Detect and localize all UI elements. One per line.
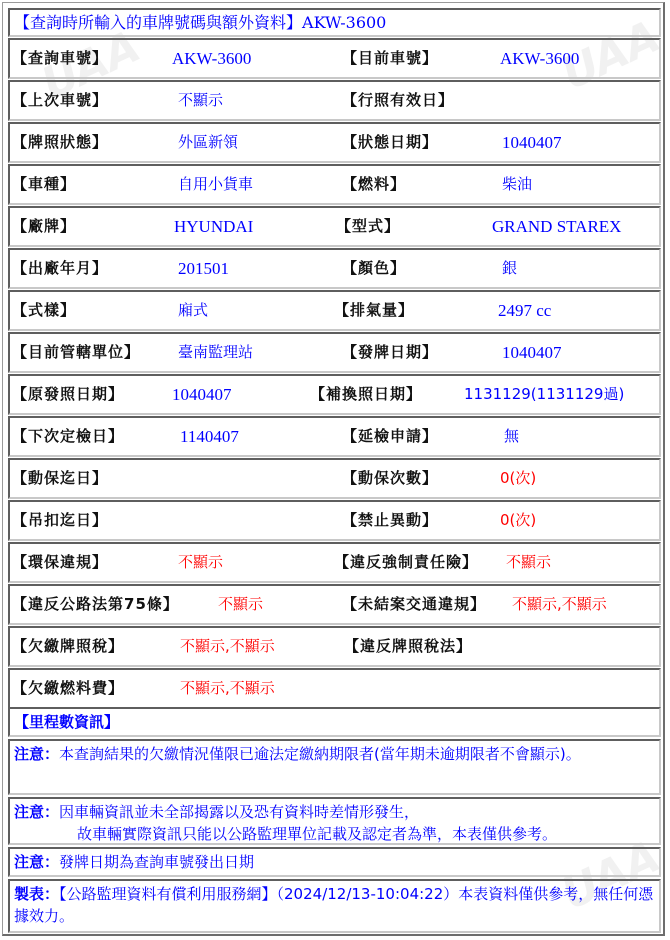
note-disclaimer: 注意：因車輛資訊並未全部揭露以及恐有資料時差情形發生， 故車輛實際資訊只能以公路… bbox=[8, 797, 661, 845]
field-label: 【吊扣迄日】 bbox=[12, 502, 108, 539]
field-label: 【欠繳牌照稅】 bbox=[12, 628, 124, 665]
info-row: 【上次車號】不顯示【行照有效日】 bbox=[8, 80, 661, 121]
field-label: 【目前管轄單位】 bbox=[12, 334, 140, 371]
info-row: 【出廠年月】201501【顏色】銀 bbox=[8, 248, 661, 289]
field-label: 【目前車號】 bbox=[342, 40, 438, 77]
info-row: 【式樣】廂式【排氣量】2497 cc bbox=[8, 290, 661, 331]
footer-text: 【公路監理資料有償利用服務網】（2024/12/13-10:04:22）本表資料… bbox=[14, 885, 653, 925]
info-row: 【下次定檢日】1140407【延檢申請】無 bbox=[8, 416, 661, 457]
field-value: 不顯示 bbox=[178, 544, 223, 581]
field-label: 【未結案交通違規】 bbox=[342, 586, 486, 623]
field-label: 【動保次數】 bbox=[342, 460, 438, 497]
field-label: 【違反強制責任險】 bbox=[334, 544, 478, 581]
mileage-section-header: 【里程數資訊】 bbox=[8, 707, 661, 737]
field-label: 【顏色】 bbox=[342, 250, 406, 287]
field-label: 【型式】 bbox=[336, 208, 400, 245]
field-label: 【燃料】 bbox=[342, 166, 406, 203]
field-value: 0(次) bbox=[500, 502, 536, 539]
field-value: 不顯示,不顯示 bbox=[180, 670, 275, 707]
info-row: 【目前管轄單位】臺南監理站【發牌日期】1040407 bbox=[8, 332, 661, 373]
field-value: HYUNDAI bbox=[174, 208, 253, 245]
field-value: 1040407 bbox=[502, 124, 562, 161]
field-value: 1140407 bbox=[180, 418, 239, 455]
mileage-label: 【里程數資訊】 bbox=[14, 713, 119, 731]
field-value: 不顯示 bbox=[178, 82, 223, 119]
query-title-bar: 【查詢時所輸入的車牌號碼與額外資料】AKW-3600 bbox=[8, 8, 661, 37]
info-row: 【原發照日期】1040407【補換照日期】1131129(1131129過) bbox=[8, 374, 661, 415]
note-prefix: 注意： bbox=[14, 745, 59, 763]
field-label: 【違反公路法第75條】 bbox=[12, 586, 179, 623]
field-label: 【車種】 bbox=[12, 166, 76, 203]
field-label: 【上次車號】 bbox=[12, 82, 108, 119]
field-label: 【動保迄日】 bbox=[12, 460, 108, 497]
field-label: 【環保違規】 bbox=[12, 544, 108, 581]
note-prefix: 注意： bbox=[14, 853, 59, 871]
field-value: 不顯示 bbox=[218, 586, 263, 623]
note-prefix: 注意： bbox=[14, 803, 59, 821]
info-row: 【欠繳燃料費】不顯示,不顯示 bbox=[8, 668, 661, 709]
title-plate: AKW-3600 bbox=[302, 13, 386, 32]
field-value: 0(次) bbox=[500, 460, 536, 497]
field-value: 銀 bbox=[502, 250, 517, 287]
field-label: 【下次定檢日】 bbox=[12, 418, 124, 455]
field-value: 1131129(1131129過) bbox=[464, 376, 624, 413]
field-label: 【欠繳燃料費】 bbox=[12, 670, 124, 707]
field-value: 201501 bbox=[178, 250, 229, 287]
field-label: 【式樣】 bbox=[12, 292, 76, 329]
info-row: 【查詢車號】AKW-3600【目前車號】AKW-3600 bbox=[8, 38, 661, 79]
field-value: 外區新領 bbox=[178, 124, 238, 161]
footer-generated: 製表：【公路監理資料有償利用服務網】（2024/12/13-10:04:22）本… bbox=[8, 879, 661, 933]
info-row: 【違反公路法第75條】不顯示【未結案交通違規】不顯示,不顯示 bbox=[8, 584, 661, 625]
field-value: 不顯示 bbox=[506, 544, 551, 581]
field-label: 【行照有效日】 bbox=[342, 82, 454, 119]
field-value: 1040407 bbox=[172, 376, 232, 413]
field-value: 不顯示,不顯示 bbox=[512, 586, 607, 623]
field-label: 【狀態日期】 bbox=[342, 124, 438, 161]
field-value: 1040407 bbox=[502, 334, 562, 371]
info-row: 【環保違規】不顯示【違反強制責任險】不顯示 bbox=[8, 542, 661, 583]
field-label: 【補換照日期】 bbox=[310, 376, 422, 413]
field-value: AKW-3600 bbox=[500, 40, 579, 77]
field-value: 柴油 bbox=[502, 166, 532, 203]
title-label: 【查詢時所輸入的車牌號碼與額外資料】 bbox=[14, 13, 302, 32]
info-row: 【欠繳牌照稅】不顯示,不顯示【違反牌照稅法】 bbox=[8, 626, 661, 667]
field-value: 自用小貨車 bbox=[178, 166, 253, 203]
field-label: 【延檢申請】 bbox=[342, 418, 438, 455]
info-row: 【動保迄日】【動保次數】0(次) bbox=[8, 458, 661, 499]
field-label: 【違反牌照稅法】 bbox=[344, 628, 472, 665]
note-text: 發牌日期為查詢車號發出日期 bbox=[59, 853, 254, 871]
field-label: 【原發照日期】 bbox=[12, 376, 124, 413]
note-overdue: 注意：本查詢結果的欠繳情況僅限已逾法定繳納期限者(當年期未逾期限者不會顯示)。 bbox=[8, 739, 661, 795]
info-row: 【廠牌】HYUNDAI【型式】GRAND STAREX bbox=[8, 206, 661, 247]
note-text-line1: 因車輛資訊並未全部揭露以及恐有資料時差情形發生， bbox=[59, 803, 419, 821]
field-value: 不顯示,不顯示 bbox=[180, 628, 275, 665]
info-row: 【牌照狀態】外區新領【狀態日期】1040407 bbox=[8, 122, 661, 163]
field-label: 【查詢車號】 bbox=[12, 40, 108, 77]
note-text: 本查詢結果的欠繳情況僅限已逾法定繳納期限者(當年期未逾期限者不會顯示)。 bbox=[59, 745, 581, 763]
field-label: 【禁止異動】 bbox=[342, 502, 438, 539]
note-text-line2: 故車輛實際資訊只能以公路監理單位記載及認定者為準，本表僅供參考。 bbox=[14, 823, 655, 845]
field-value: AKW-3600 bbox=[172, 40, 251, 77]
field-label: 【廠牌】 bbox=[12, 208, 76, 245]
field-value: 廂式 bbox=[178, 292, 208, 329]
info-row: 【車種】自用小貨車【燃料】柴油 bbox=[8, 164, 661, 205]
field-label: 【出廠年月】 bbox=[12, 250, 108, 287]
field-value: 無 bbox=[504, 418, 519, 455]
field-label: 【排氣量】 bbox=[334, 292, 414, 329]
footer-prefix: 製表： bbox=[14, 885, 59, 903]
field-value: 2497 cc bbox=[498, 292, 551, 329]
note-issue-date: 注意：發牌日期為查詢車號發出日期 bbox=[8, 847, 661, 877]
field-value: GRAND STAREX bbox=[492, 208, 621, 245]
field-value: 臺南監理站 bbox=[178, 334, 253, 371]
field-label: 【發牌日期】 bbox=[342, 334, 438, 371]
info-row: 【吊扣迄日】【禁止異動】0(次) bbox=[8, 500, 661, 541]
field-label: 【牌照狀態】 bbox=[12, 124, 108, 161]
